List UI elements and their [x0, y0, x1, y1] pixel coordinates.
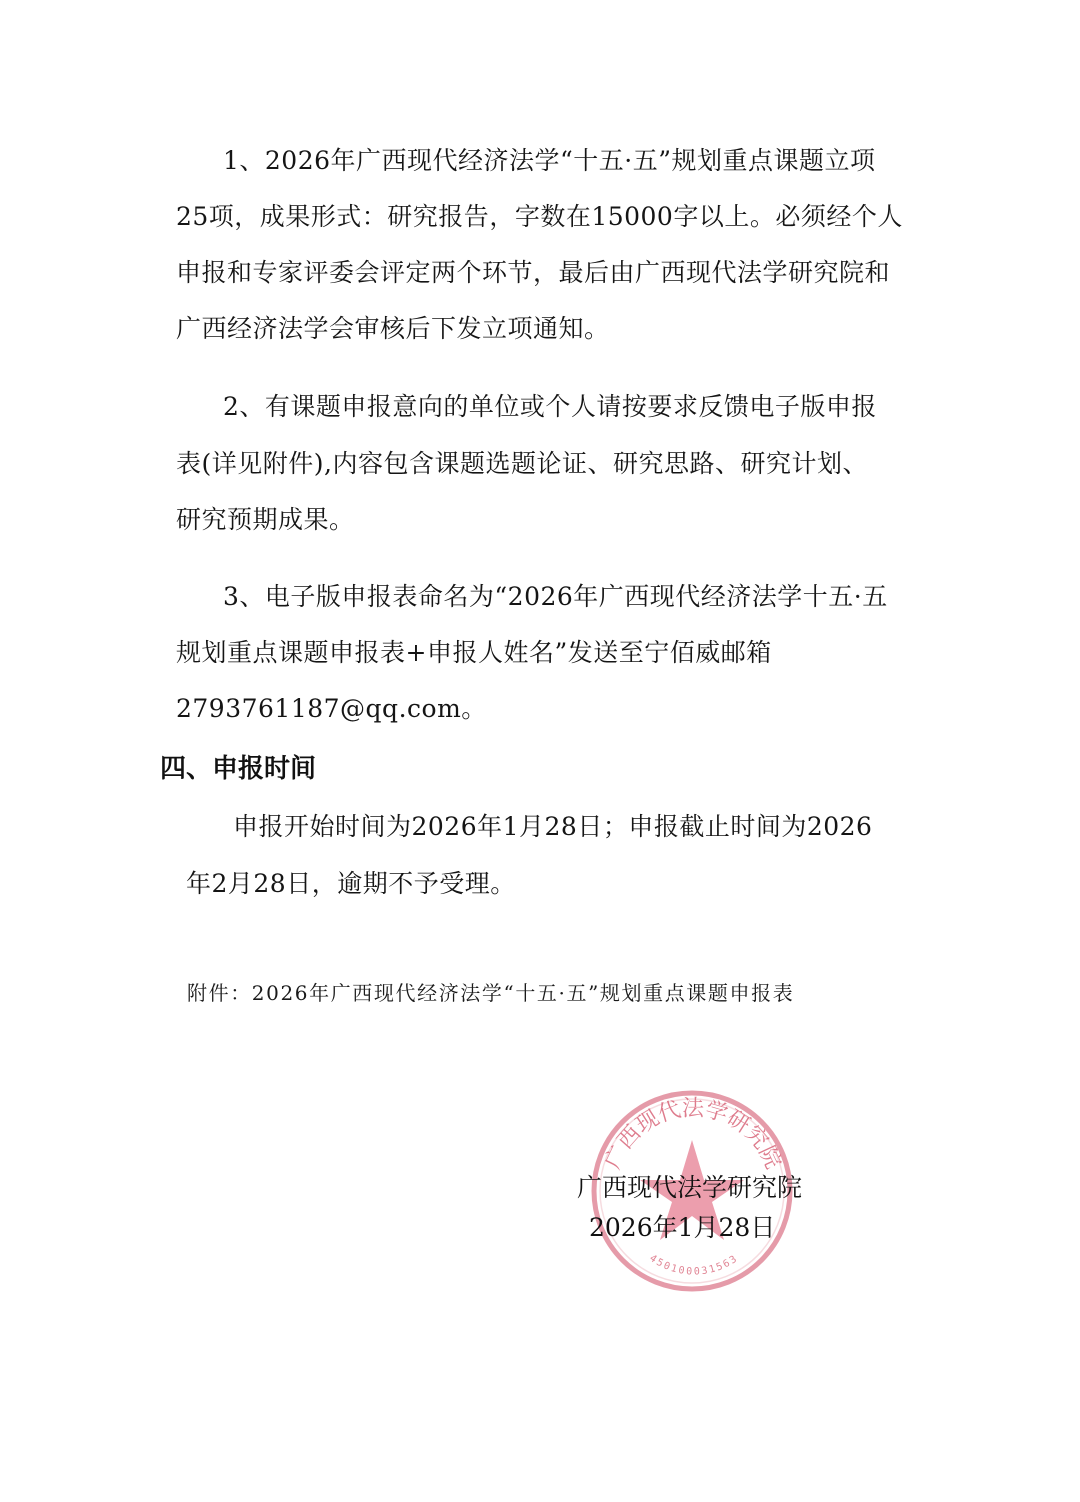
- item-1-line-3: 申报和专家评委会评定两个环节，最后由广西现代法学研究院和: [176, 257, 890, 289]
- item-2-line-2: 表(详见附件),内容包含课题选题论证、研究思路、研究计划、: [176, 448, 868, 480]
- item-1-line-2: 25项，成果形式：研究报告，字数在15000字以上。必须经个人: [176, 201, 903, 233]
- svg-text:450100031563: 450100031563: [647, 1253, 740, 1278]
- item-3-line-2: 规划重点课题申报表+申报人姓名”发送至宁佰威邮箱: [176, 637, 772, 669]
- signature-date: 2026年1月28日: [589, 1212, 775, 1244]
- signature-organization: 广西现代法学研究院: [577, 1172, 802, 1204]
- item-1-line-4: 广西经济法学会审核后下发立项通知。: [176, 313, 610, 345]
- item-2-line-3: 研究预期成果。: [176, 504, 355, 536]
- item-1-line-1: 1、2026年广西现代经济法学“十五·五”规划重点课题立项: [223, 145, 876, 177]
- attachment-note: 附件：2026年广西现代经济法学“十五·五”规划重点课题申报表: [187, 979, 794, 1007]
- section-4-line-1: 申报开始时间为2026年1月28日；申报截止时间为2026: [233, 811, 872, 843]
- item-3-line-1: 3、电子版申报表命名为“2026年广西现代经济法学十五·五: [223, 581, 888, 613]
- item-3-line-3: 2793761187@qq.com。: [176, 693, 487, 725]
- section-4-line-2: 年2月28日，逾期不予受理。: [186, 868, 516, 900]
- document-page: 1、2026年广西现代经济法学“十五·五”规划重点课题立项 25项，成果形式：研…: [0, 0, 1080, 1502]
- item-2-line-1: 2、有课题申报意向的单位或个人请按要求反馈电子版申报: [223, 391, 877, 423]
- section-4-heading: 四、申报时间: [160, 752, 316, 786]
